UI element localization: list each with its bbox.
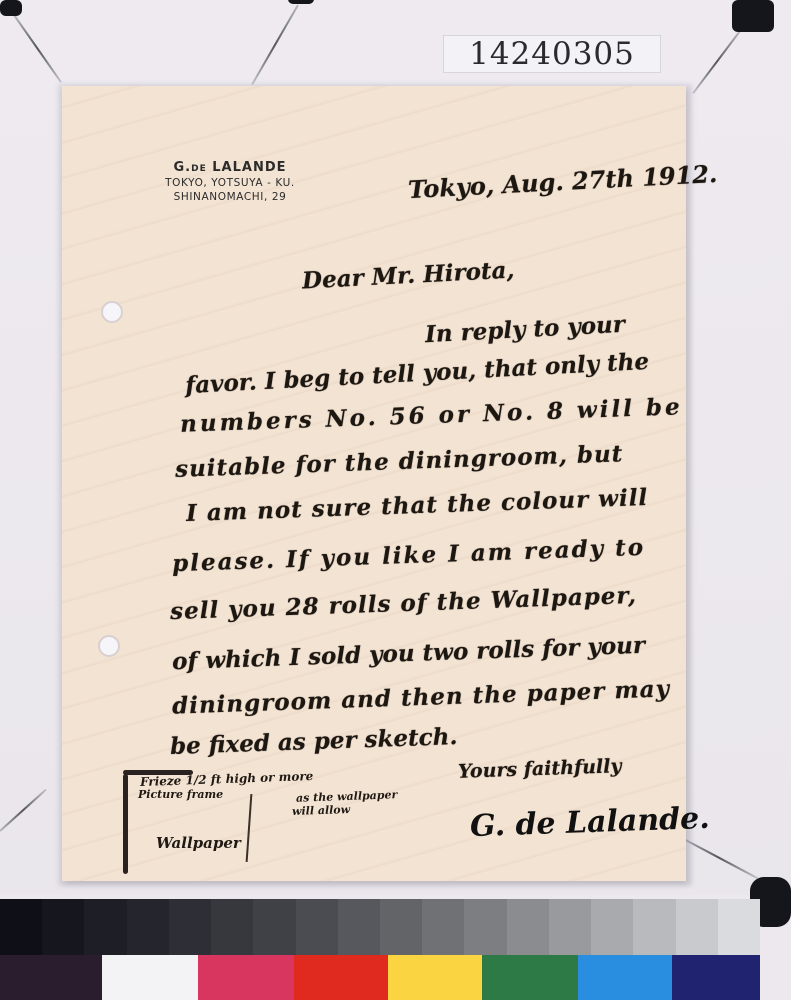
letterhead: G.DE LALANDE TOKYO, YOTSUYA - KU. SHINAN… <box>140 160 320 203</box>
sketch-label-allowance-2: will allow <box>292 803 351 818</box>
punch-hole-top <box>101 301 123 323</box>
sketch-divider <box>246 794 253 862</box>
catalog-number-label: 14240305 <box>443 35 661 73</box>
grayscale-calibration-strip <box>0 899 760 955</box>
color-patch-dark-purple <box>0 955 102 1000</box>
letterhead-name: G.DE LALANDE <box>140 160 320 175</box>
gray-patch-2 <box>42 899 84 955</box>
sketch-frame-left <box>123 774 128 874</box>
gray-patch-16 <box>633 899 675 955</box>
gray-patch-14 <box>549 899 591 955</box>
color-patch-blue <box>578 955 672 1000</box>
punch-hole-bottom <box>98 635 120 657</box>
sketch-label-picture-frame: Picture frame <box>138 788 223 801</box>
color-calibration-strip <box>0 955 760 1000</box>
gray-patch-8 <box>296 899 338 955</box>
gray-patch-1 <box>0 899 42 955</box>
gray-patch-4 <box>127 899 169 955</box>
gray-patch-13 <box>507 899 549 955</box>
letterhead-address-1: TOKYO, YOTSUYA - KU. <box>140 177 320 189</box>
color-patch-yellow <box>388 955 482 1000</box>
gray-patch-18 <box>718 899 760 955</box>
pin-top-left-head <box>0 0 22 16</box>
sketch-label-wallpaper: Wallpaper <box>156 834 241 852</box>
gray-patch-3 <box>84 899 126 955</box>
gray-patch-17 <box>676 899 718 955</box>
name-surname: LALANDE <box>212 160 286 175</box>
gray-patch-10 <box>380 899 422 955</box>
gray-patch-9 <box>338 899 380 955</box>
name-prefix: G. <box>173 160 191 175</box>
color-patch-magenta <box>198 955 294 1000</box>
gray-patch-7 <box>253 899 295 955</box>
color-patch-white <box>102 955 198 1000</box>
color-patch-green <box>482 955 578 1000</box>
pin-top-right-head <box>732 0 774 32</box>
gray-patch-11 <box>422 899 464 955</box>
name-particle: DE <box>191 164 207 174</box>
gray-patch-6 <box>211 899 253 955</box>
gray-patch-5 <box>169 899 211 955</box>
wall-sketch: Frieze 1/2 ft high or more Picture frame… <box>118 766 258 874</box>
letterhead-address-2: SHINANOMACHI, 29 <box>140 191 320 203</box>
color-patch-red <box>294 955 388 1000</box>
gray-patch-12 <box>464 899 506 955</box>
gray-patch-15 <box>591 899 633 955</box>
color-patch-navy <box>672 955 760 1000</box>
pin-top-mid-head <box>288 0 314 4</box>
